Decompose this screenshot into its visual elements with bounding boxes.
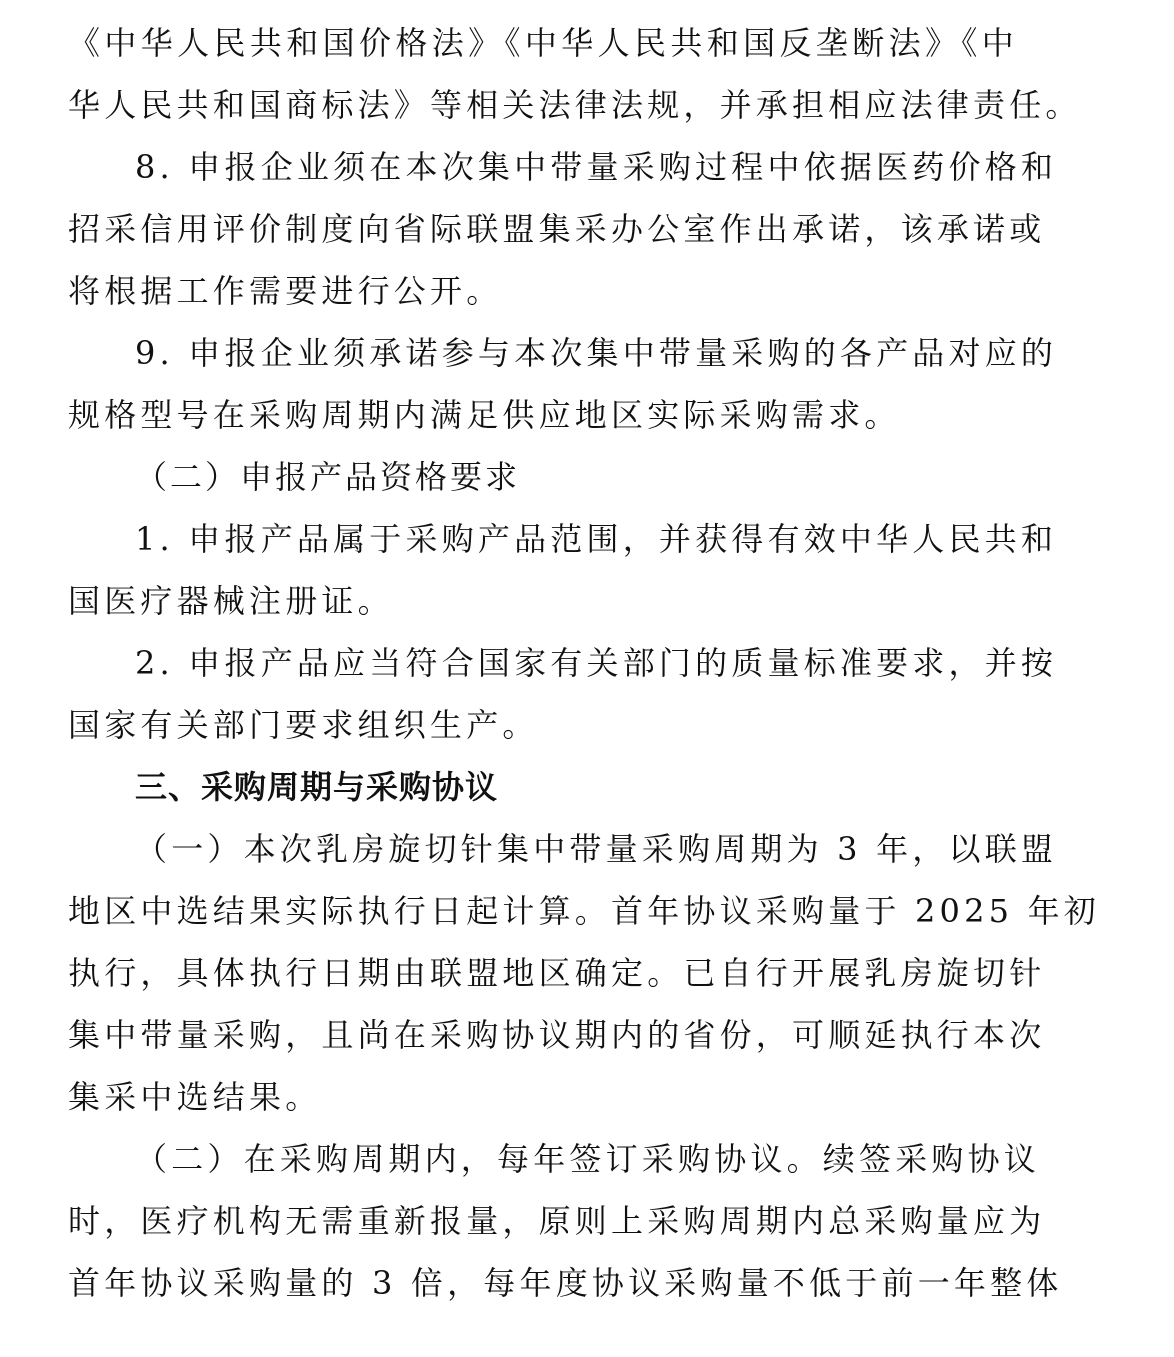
paragraph-line: 国家有关部门要求组织生产。 (68, 700, 1018, 750)
paragraph-line: 1. 申报产品属于采购产品范围，并获得有效中华人民共和 (135, 514, 1018, 564)
paragraph-line: 集中带量采购，且尚在采购协议期内的省份，可顺延执行本次 (68, 1010, 1018, 1060)
paragraph-line: （一）本次乳房旋切针集中带量采购周期为 3 年，以联盟 (135, 824, 1018, 874)
paragraph-line: 《中华人民共和国价格法》《中华人民共和国反垄断法》《中 (68, 18, 1018, 68)
section-subheading: （二）申报产品资格要求 (135, 452, 1018, 502)
paragraph-line: 首年协议采购量的 3 倍，每年度协议采购量不低于前一年整体 (68, 1258, 1018, 1308)
paragraph-line: 华人民共和国商标法》等相关法律法规，并承担相应法律责任。 (68, 80, 1018, 130)
paragraph-line: 招采信用评价制度向省际联盟集采办公室作出承诺，该承诺或 (68, 204, 1018, 254)
paragraph-line: 8. 申报企业须在本次集中带量采购过程中依据医药价格和 (135, 142, 1018, 192)
section-heading: 三、采购周期与采购协议 (135, 762, 1018, 812)
paragraph-line: 国医疗器械注册证。 (68, 576, 1018, 626)
paragraph-line: 集采中选结果。 (68, 1072, 1018, 1122)
paragraph-line: 时，医疗机构无需重新报量，原则上采购周期内总采购量应为 (68, 1196, 1018, 1246)
paragraph-line: 将根据工作需要进行公开。 (68, 266, 1018, 316)
paragraph-line: （二）在采购周期内，每年签订采购协议。续签采购协议 (135, 1134, 1018, 1184)
document-page: 《中华人民共和国价格法》《中华人民共和国反垄断法》《中 华人民共和国商标法》等相… (0, 0, 1174, 1357)
paragraph-line: 2. 申报产品应当符合国家有关部门的质量标准要求，并按 (135, 638, 1018, 688)
paragraph-line: 地区中选结果实际执行日起计算。首年协议采购量于 2025 年初 (68, 886, 1018, 936)
paragraph-line: 执行，具体执行日期由联盟地区确定。已自行开展乳房旋切针 (68, 948, 1018, 998)
paragraph-line: 9. 申报企业须承诺参与本次集中带量采购的各产品对应的 (135, 328, 1018, 378)
paragraph-line: 规格型号在采购周期内满足供应地区实际采购需求。 (68, 390, 1018, 440)
